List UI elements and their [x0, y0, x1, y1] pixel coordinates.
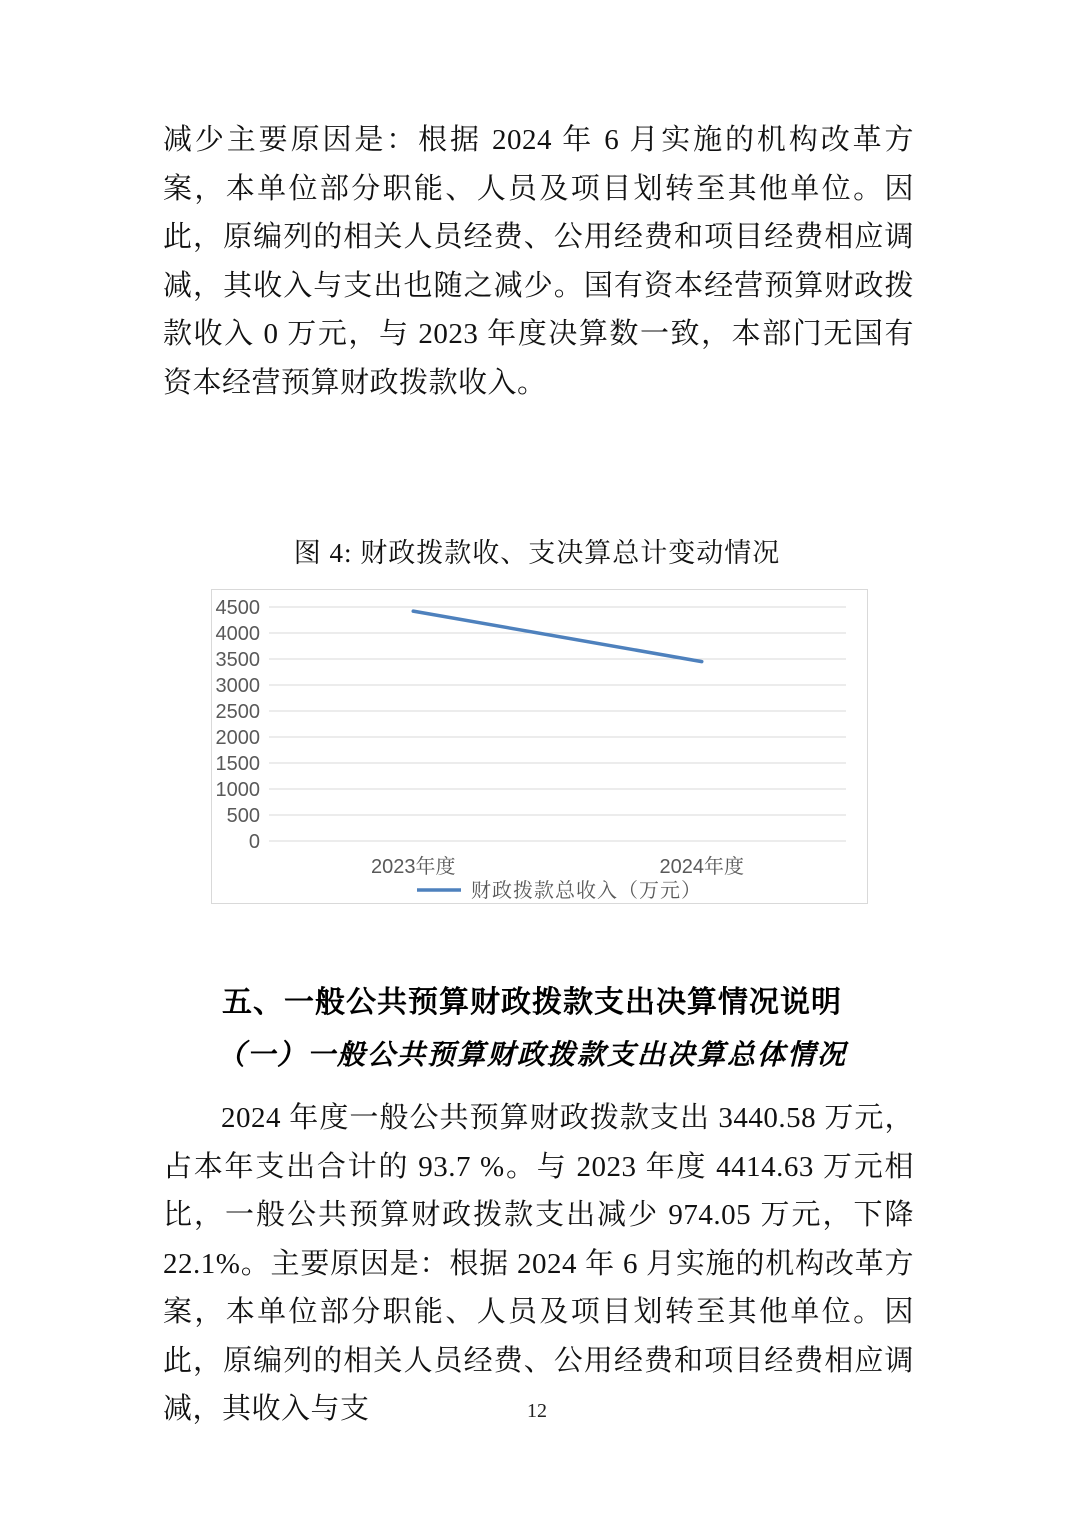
document-page: 减少主要原因是：根据 2024 年 6 月实施的机构改革方案，本单位部分职能、人… [0, 0, 1074, 1520]
svg-text:财政拨款总收入（万元）: 财政拨款总收入（万元） [471, 879, 702, 902]
svg-text:2000: 2000 [216, 727, 261, 749]
figure-4-caption: 图 4: 财政拨款收、支决算总计变动情况 [0, 531, 1074, 570]
svg-text:500: 500 [227, 805, 260, 827]
section-5-heading: 五、一般公共预算财政拨款支出决算情况说明 [222, 977, 842, 1021]
svg-text:0: 0 [249, 831, 260, 853]
figure-4-chart: 0500100015002000250030003500400045002023… [211, 589, 868, 904]
svg-text:3000: 3000 [216, 675, 261, 697]
svg-text:4500: 4500 [216, 597, 261, 619]
svg-text:2023年度: 2023年度 [371, 855, 456, 878]
svg-text:1000: 1000 [216, 779, 261, 801]
svg-text:3500: 3500 [216, 649, 261, 671]
svg-text:1500: 1500 [216, 753, 261, 775]
svg-text:4000: 4000 [216, 623, 261, 645]
line-chart-svg: 0500100015002000250030003500400045002023… [212, 590, 869, 905]
paragraph-expenditure-overview: 2024 年度一般公共预算财政拨款支出 3440.58 万元，占本年支出合计的 … [163, 1094, 914, 1434]
paragraph-income-change: 减少主要原因是：根据 2024 年 6 月实施的机构改革方案，本单位部分职能、人… [163, 116, 914, 407]
page-number: 12 [0, 1400, 1074, 1423]
svg-text:2500: 2500 [216, 701, 261, 723]
svg-text:2024年度: 2024年度 [660, 855, 745, 878]
subsection-1-heading: （一）一般公共预算财政拨款支出决算总体情况 [217, 1033, 847, 1073]
